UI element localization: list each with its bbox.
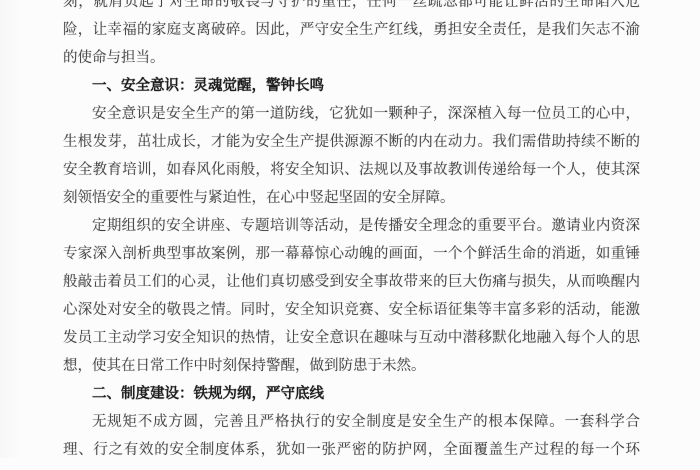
document-line: 理、行之有效的安全制度体系，犹如一张严密的防护网，全面覆盖生产过程的每一个环 xyxy=(63,436,640,464)
document-line: 安全教育培训，如春风化雨般，将安全知识、法规以及事故教训传递给每一个人，使其深 xyxy=(63,156,640,184)
document-text-flow: 刻，就肩负起了对生命的敬畏与守护的重任，任何一丝疏忽都可能让鲜活的生命陷入危险，… xyxy=(63,0,640,464)
document-line: 无规矩不成方圆，完善且严格执行的安全制度是安全生产的根本保障。一套科学合 xyxy=(63,408,640,436)
document-line: 生根发芽，茁壮成长，才能为安全生产提供源源不断的内在动力。我们需借助持续不断的 xyxy=(63,128,640,156)
document-line: 发员工主动学习安全知识的热情，让安全意识在趣味与互动中潜移默化地融入每个人的思 xyxy=(63,324,640,352)
document-line: 想，使其在日常工作中时刻保持警醒，做到防患于未然。 xyxy=(63,352,640,380)
section-heading: 二、制度建设：铁规为纲，严守底线 xyxy=(63,380,640,408)
document-line: 的使命与担当。 xyxy=(63,44,640,72)
document-line: 定期组织的安全讲座、专题培训等活动，是传播安全理念的重要平台。邀请业内资深 xyxy=(63,212,640,240)
document-page: 刻，就肩负起了对生命的敬畏与守护的重任，任何一丝疏忽都可能让鲜活的生命陷入危险，… xyxy=(0,0,700,458)
document-line: 刻，就肩负起了对生命的敬畏与守护的重任，任何一丝疏忽都可能让鲜活的生命陷入危 xyxy=(63,0,640,16)
document-line: 般敲击着员工们的心灵，让他们真切感受到安全事故带来的巨大伤痛与损失，从而唤醒内 xyxy=(63,268,640,296)
document-line: 专家深入剖析典型事故案例，那一幕幕惊心动魄的画面，一个个鲜活生命的消逝，如重锤 xyxy=(63,240,640,268)
document-line: 险，让幸福的家庭支离破碎。因此，严守安全生产红线，勇担安全责任，是我们矢志不渝 xyxy=(63,16,640,44)
document-line: 刻领悟安全的重要性与紧迫性，在心中竖起坚固的安全屏障。 xyxy=(63,184,640,212)
section-heading: 一、安全意识：灵魂觉醒，警钟长鸣 xyxy=(63,72,640,100)
document-line: 心深处对安全的敬畏之情。同时，安全知识竞赛、安全标语征集等丰富多彩的活动，能激 xyxy=(63,296,640,324)
document-line: 安全意识是安全生产的第一道防线，它犹如一颗种子，深深植入每一位员工的心中， xyxy=(63,100,640,128)
